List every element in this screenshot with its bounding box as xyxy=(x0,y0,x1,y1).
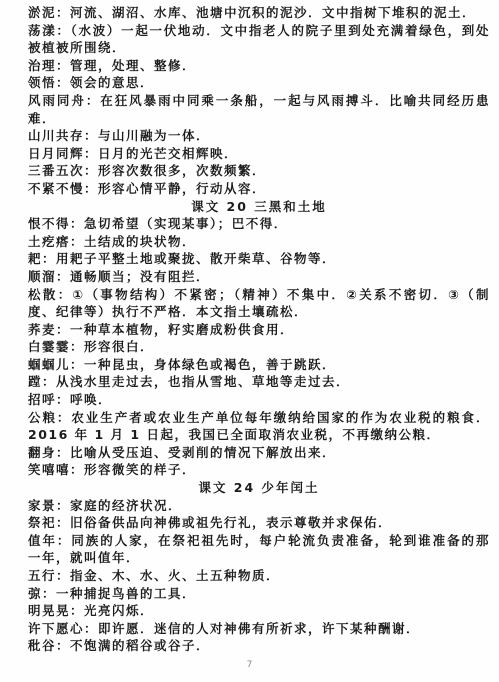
definition-entry: 不紧不慢：形容心情平静，行动从容． xyxy=(28,180,490,198)
entry-term: 秕谷 xyxy=(28,638,56,653)
entry-term: 五行 xyxy=(28,568,56,583)
entry-term: 土疙瘩 xyxy=(28,234,70,249)
entry-separator: ： xyxy=(56,58,70,73)
entry-term: 招呼 xyxy=(28,392,56,407)
entry-term: 山川共存 xyxy=(28,128,84,143)
entry-definition: 一种捕捉鸟兽的工具． xyxy=(56,586,196,601)
entry-term: 顺溜 xyxy=(28,269,56,284)
entry-definition: 光亮闪烁． xyxy=(84,603,154,618)
entry-definition: ①（事物结构）不紧密；（精神）不集中．②关系不密切．③（制度、纪律等）执行不严格… xyxy=(28,287,490,320)
entry-definition: 河流、湖沼、水库、池塘中沉积的泥沙．文中指树下堆积的泥土． xyxy=(70,5,476,20)
definition-entry: 祭祀：旧俗备供品向神佛或祖先行礼，表示尊敬并求保佑． xyxy=(28,514,490,532)
entry-term: 弶 xyxy=(28,586,42,601)
definition-entry: 恨不得：急切希望（实现某事）；巴不得． xyxy=(28,215,490,233)
entry-definition: 管理，处理、整修． xyxy=(70,58,196,73)
definition-entry: 五行：指金、木、水、火、土五种物质． xyxy=(28,567,490,585)
entry-term: 风雨同舟 xyxy=(28,93,86,108)
entry-separator: ： xyxy=(70,462,84,477)
entry-term: 公粮 xyxy=(28,410,57,425)
entry-definition: 形容很白． xyxy=(84,339,154,354)
entry-definition: 不饱满的稻谷或谷子． xyxy=(70,638,210,653)
entry-definition: 土结成的块状物． xyxy=(84,234,196,249)
entry-separator: ： xyxy=(56,445,70,460)
entry-term: 明晃晃 xyxy=(28,603,70,618)
definition-entry: 耙：用耙子平整土地或聚拢、散开柴草、谷物等． xyxy=(28,250,490,268)
entry-definition: 形容次数很多，次数频繁． xyxy=(98,163,266,178)
entry-definition: 家庭的经济状况． xyxy=(70,498,182,513)
entry-term: 治理 xyxy=(28,58,56,73)
entry-separator: ： xyxy=(56,515,70,530)
entry-term: 耙 xyxy=(28,251,42,266)
entry-separator: ： xyxy=(70,339,84,354)
definition-entry: 笑嘻嘻：形容微笑的样子． xyxy=(28,461,490,479)
entry-definition: 从浅水里走过去，也指从雪地、草地等走过去． xyxy=(56,374,350,389)
definition-entry: 顺溜：通畅顺当；没有阻拦． xyxy=(28,268,490,286)
entry-definition: 用耙子平整土地或聚拢、散开柴草、谷物等． xyxy=(56,251,336,266)
entry-separator: ： xyxy=(58,287,73,302)
entry-separator: ： xyxy=(84,146,98,161)
entry-separator: ： xyxy=(42,374,56,389)
entry-definition: 同族的人家，在祭祀祖先时，每户轮流负责准备，轮到谁准备的那一年，就叫值年． xyxy=(28,533,490,566)
entry-separator: ： xyxy=(57,410,71,425)
entry-separator: ： xyxy=(42,586,56,601)
entry-term: 白霎霎 xyxy=(28,339,70,354)
definition-entry: 弶：一种捕捉鸟兽的工具． xyxy=(28,585,490,603)
definition-entry: 风雨同舟：在狂风暴雨中同乘一条船，一起与风雨搏斗．比喻共同经历患难． xyxy=(28,92,490,127)
entry-definition: 日月的光芒交相辉映． xyxy=(98,146,238,161)
definition-entry: 荡漾：（水波）一起一伏地动．文中指老人的院子里到处充满着绿色，到处被植被所围绕． xyxy=(28,22,490,57)
definition-entry: 日月同辉：日月的光芒交相辉映． xyxy=(28,145,490,163)
entry-separator: ： xyxy=(56,75,70,90)
entry-definition: 形容微笑的样子． xyxy=(84,462,196,477)
definition-entry: 翻身：比喻从受压迫、受剥削的情况下解放出来． xyxy=(28,444,490,462)
entry-definition: 急切希望（实现某事）；巴不得． xyxy=(84,216,288,231)
entry-separator: ： xyxy=(56,269,70,284)
entry-separator: ： xyxy=(86,93,100,108)
entry-separator: ： xyxy=(57,533,71,548)
entry-definition: 农业生产者或农业生产单位每年缴纳给国家的作为农业税的粮食．2016 年 1 月 … xyxy=(28,410,490,443)
definition-entry: 荞麦：一种草本植物，籽实磨成粉供食用． xyxy=(28,321,490,339)
entry-term: 翻身 xyxy=(28,445,56,460)
definition-entry: 公粮：农业生产者或农业生产单位每年缴纳给国家的作为农业税的粮食．2016 年 1… xyxy=(28,409,490,444)
entry-separator: ： xyxy=(56,568,70,583)
page-number: 7 xyxy=(0,660,499,670)
definition-entry: 值年：同族的人家，在祭祀祖先时，每户轮流负责准备，轮到谁准备的那一年，就叫值年． xyxy=(28,532,490,567)
entry-separator: ： xyxy=(84,163,98,178)
entry-term: 三番五次 xyxy=(28,163,84,178)
entry-term: 值年 xyxy=(28,533,57,548)
entry-separator: ： xyxy=(56,638,70,653)
entry-definition: 指金、木、水、火、土五种物质． xyxy=(70,568,280,583)
entry-separator: ： xyxy=(56,5,70,20)
definition-entry: 明晃晃：光亮闪烁． xyxy=(28,602,490,620)
entry-separator: ： xyxy=(56,498,70,513)
definition-entry: 白霎霎：形容很白． xyxy=(28,338,490,356)
entry-definition: （水波）一起一伏地动．文中指老人的院子里到处充满着绿色，到处被植被所围绕． xyxy=(28,23,490,56)
entry-term: 蝈蝈儿 xyxy=(28,357,70,372)
definition-entry: 松散：①（事物结构）不紧密；（精神）不集中．②关系不密切．③（制度、纪律等）执行… xyxy=(28,286,490,321)
entry-term: 不紧不慢 xyxy=(28,181,84,196)
definition-entry: 蹚：从浅水里走过去，也指从雪地、草地等走过去． xyxy=(28,373,490,391)
entry-definition: 领会的意思． xyxy=(70,75,154,90)
entry-term: 家景 xyxy=(28,498,56,513)
entry-definition: 一种昆虫，身体绿色或褐色，善于跳跃． xyxy=(84,357,336,372)
definition-entry: 淤泥：河流、湖沼、水库、池塘中沉积的泥沙．文中指树下堆积的泥土． xyxy=(28,4,490,22)
definition-entry: 土疙瘩：土结成的块状物． xyxy=(28,233,490,251)
definitions-list: 淤泥：河流、湖沼、水库、池塘中沉积的泥沙．文中指树下堆积的泥土．荡漾：（水波）一… xyxy=(28,4,490,655)
entry-separator: ： xyxy=(56,392,70,407)
definition-entry: 家景：家庭的经济状况． xyxy=(28,497,490,515)
entry-term: 松散 xyxy=(28,287,58,302)
entry-definition: 形容心情平静，行动从容． xyxy=(98,181,266,196)
entry-separator: ： xyxy=(84,181,98,196)
definition-entry: 秕谷：不饱满的稻谷或谷子． xyxy=(28,637,490,655)
entry-term: 日月同辉 xyxy=(28,146,84,161)
entry-separator: ： xyxy=(70,603,84,618)
entry-term: 恨不得 xyxy=(28,216,70,231)
entry-definition: 通畅顺当；没有阻拦． xyxy=(70,269,210,284)
entry-term: 荞麦 xyxy=(28,322,56,337)
entry-definition: 比喻从受压迫、受剥削的情况下解放出来． xyxy=(70,445,336,460)
entry-definition: 一种草本植物，籽实磨成粉供食用． xyxy=(70,322,294,337)
definition-entry: 招呼：呼唤． xyxy=(28,391,490,409)
entry-separator: ： xyxy=(84,128,98,143)
entry-term: 祭祀 xyxy=(28,515,56,530)
entry-separator: ： xyxy=(84,621,98,636)
definition-entry: 治理：管理，处理、整修． xyxy=(28,57,490,75)
section-heading: 课文 20 三黑和土地 xyxy=(28,198,490,216)
entry-definition: 与山川融为一体． xyxy=(98,128,210,143)
entry-separator: ： xyxy=(56,322,70,337)
entry-term: 蹚 xyxy=(28,374,42,389)
definition-entry: 三番五次：形容次数很多，次数频繁． xyxy=(28,162,490,180)
entry-separator: ： xyxy=(56,23,70,38)
definition-entry: 山川共存：与山川融为一体． xyxy=(28,127,490,145)
definition-entry: 蝈蝈儿：一种昆虫，身体绿色或褐色，善于跳跃． xyxy=(28,356,490,374)
definition-entry: 领悟：领会的意思． xyxy=(28,74,490,92)
definition-entry: 许下愿心：即许愿．迷信的人对神佛有所祈求，许下某种酬谢． xyxy=(28,620,490,638)
entry-separator: ： xyxy=(42,251,56,266)
section-heading: 课文 24 少年闰土 xyxy=(28,479,490,497)
entry-term: 淤泥 xyxy=(28,5,56,20)
entry-term: 笑嘻嘻 xyxy=(28,462,70,477)
entry-term: 领悟 xyxy=(28,75,56,90)
entry-separator: ： xyxy=(70,234,84,249)
entry-term: 许下愿心 xyxy=(28,621,84,636)
entry-definition: 呼唤． xyxy=(70,392,112,407)
entry-term: 荡漾 xyxy=(28,23,56,38)
entry-definition: 旧俗备供品向神佛或祖先行礼，表示尊敬并求保佑． xyxy=(70,515,392,530)
entry-separator: ： xyxy=(70,216,84,231)
entry-separator: ： xyxy=(70,357,84,372)
entry-definition: 即许愿．迷信的人对神佛有所祈求，许下某种酬谢． xyxy=(98,621,420,636)
document-page: 淤泥：河流、湖沼、水库、池塘中沉积的泥沙．文中指树下堆积的泥土．荡漾：（水波）一… xyxy=(0,0,499,682)
